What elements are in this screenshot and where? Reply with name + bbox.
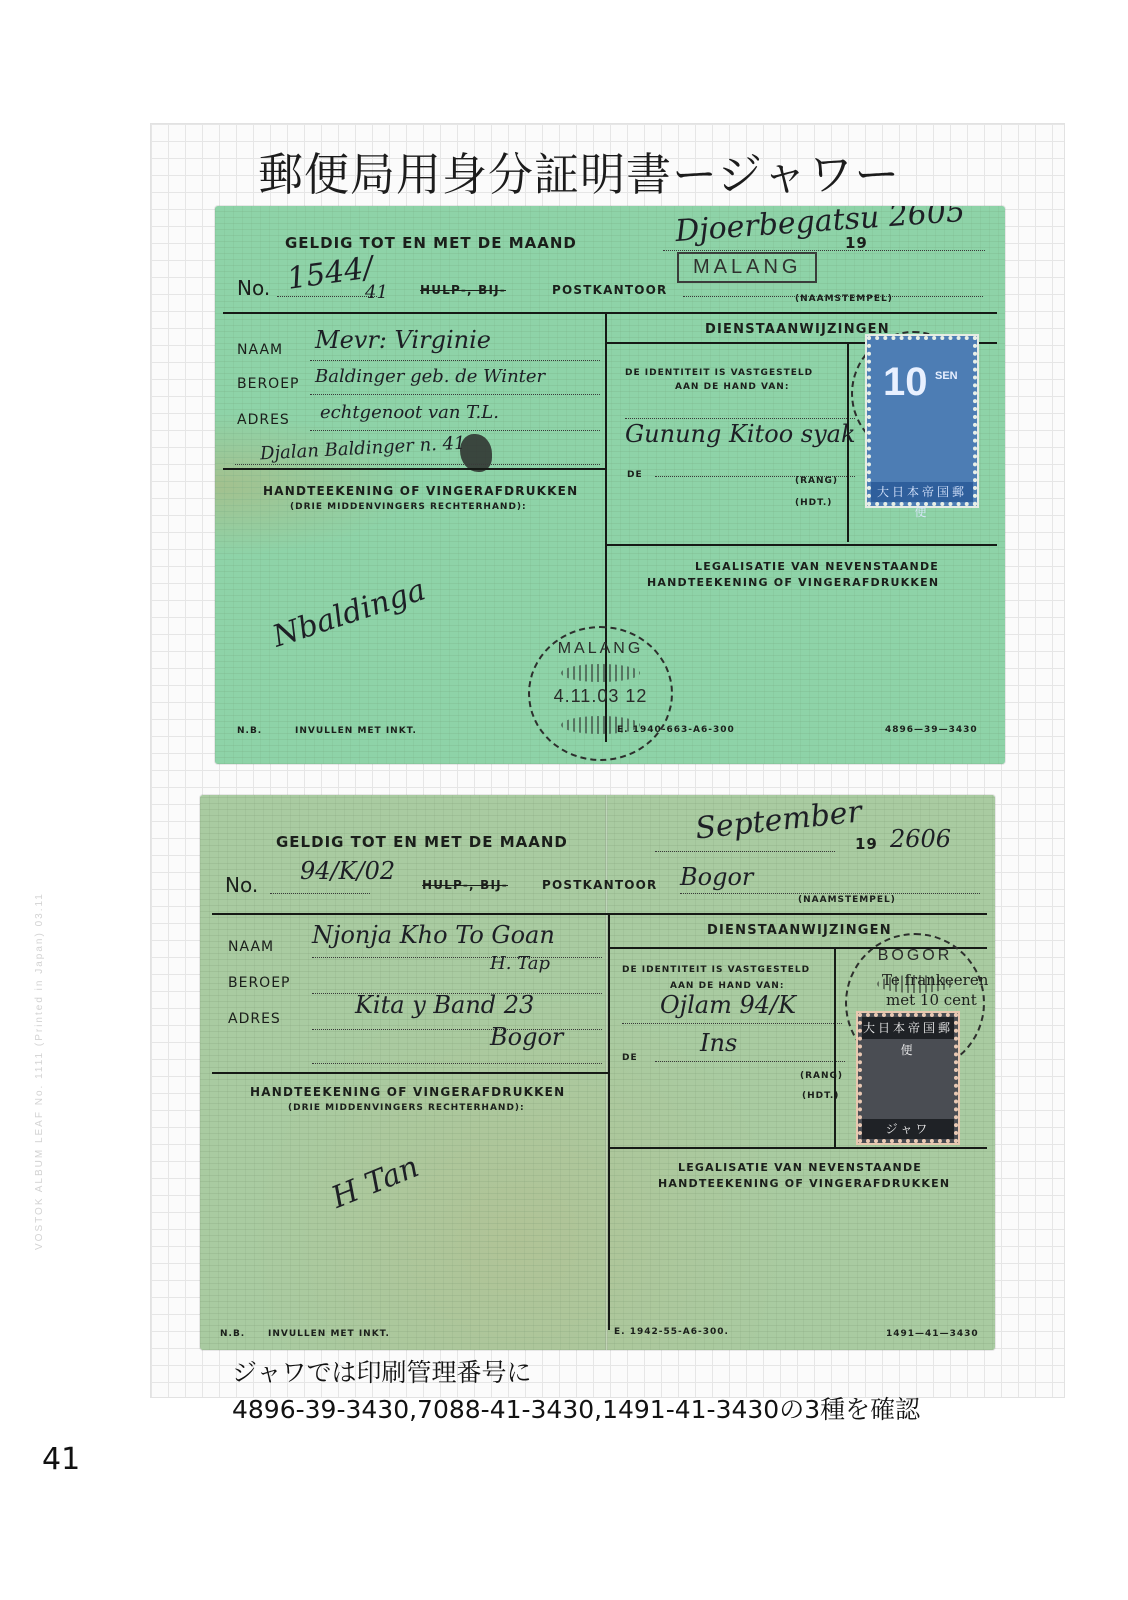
handwritten-identity: Gunung Kitoo syak (625, 420, 856, 448)
page-title: 郵便局用身分証明書ージャワー (258, 138, 978, 196)
ink-blot (460, 434, 492, 472)
handwritten-adres-2: Bogor (490, 1023, 563, 1051)
print-code: E. 1940-663-A6-300 (617, 725, 735, 735)
de-label: DE (627, 470, 643, 480)
nb-label: N.B. (220, 1329, 245, 1339)
office-box-stamp: MALANG (677, 252, 817, 283)
handwritten-month: September (694, 795, 864, 847)
identity-card-malang: GELDIG TOT EN MET DE MAAND Djoerbegatsu … (215, 206, 1005, 764)
handwritten-identity: Ojlam 94/K (660, 991, 796, 1019)
identity-line-1: DE IDENTITEIT IS VASTGESTELD (625, 368, 813, 378)
holder-signature: Nbaldinga (268, 572, 429, 654)
handwritten-adres: echtgenoot van T.L. (320, 402, 499, 423)
handwritten-naam: Mevr: Virginie (315, 326, 491, 354)
holder-signature: H Tan (327, 1149, 424, 1215)
hdt-label: (HDT.) (795, 498, 832, 508)
post-office-label: POSTKANTOOR (542, 878, 657, 892)
nb-label: N.B. (237, 726, 262, 736)
nb-instruction: INVULLEN MET INKT. (295, 726, 417, 736)
page-number: 41 (42, 1442, 80, 1477)
handwritten-adres: Kita y Band 23 (355, 991, 534, 1019)
handwritten-year: 2606 (890, 825, 951, 853)
valid-until-label: GELDIG TOT EN MET DE MAAND (285, 234, 577, 252)
signature-heading: HANDTEEKENING OF VINGERAFDRUKKEN (250, 1085, 565, 1099)
handwritten-office: Bogor (680, 863, 753, 891)
identity-line-2: AAN DE HAND VAN: (670, 981, 784, 991)
handwritten-beroep: H. Tap (490, 953, 550, 974)
caption-line-2: 4896-39-3430,7088-41-3430,1491-41-3430の3… (232, 1390, 920, 1426)
identity-line-1: DE IDENTITEIT IS VASTGESTELD (622, 965, 810, 975)
name-stamp-label: (NAAMSTEMPEL) (798, 895, 896, 905)
de-label: DE (622, 1053, 638, 1063)
handwritten-de: Ins (700, 1029, 737, 1057)
legalisation-line-2: HANDTEEKENING OF VINGERAFDRUKKEN (647, 576, 939, 589)
office-prefix-struck: HULP-, BIJ- (422, 878, 508, 892)
signature-heading: HANDTEEKENING OF VINGERAFDRUKKEN (263, 484, 578, 498)
handwritten-month: Djoerbegatsu 2605 (674, 206, 966, 249)
postage-stamp-10-cent-java: 大日本帝国郵便 ジャワ (858, 1013, 958, 1143)
beroep-label: BEROEP (237, 376, 300, 392)
naam-label: NAAM (228, 939, 274, 955)
year-prefix: 19 (855, 835, 878, 853)
office-prefix-struck: HULP-, BIJ- (420, 283, 506, 297)
legalisation-line-1: LEGALISATIE VAN NEVENSTAANDE (695, 560, 939, 573)
print-code: E. 1942-55-A6-300. (614, 1327, 729, 1337)
valid-until-label: GELDIG TOT EN MET DE MAAND (276, 833, 568, 851)
nb-instruction: INVULLEN MET INKT. (268, 1329, 390, 1339)
signature-subheading: (DRIE MIDDENVINGERS RECHTERHAND): (290, 502, 527, 512)
franking-note-line-2: met 10 cent (886, 991, 977, 1009)
album-leaf-imprint: VOSTOK ALBUM LEAF No. 1111 (Printed in J… (34, 820, 50, 1250)
adres-label: ADRES (237, 412, 290, 428)
control-number: 4896—39—3430 (885, 725, 978, 735)
identity-card-bogor: GELDIG TOT EN MET DE MAAND September 19 … (200, 795, 995, 1350)
handwritten-number: 94/K/02 (300, 857, 395, 885)
name-stamp-label: (NAAMSTEMPEL) (795, 294, 893, 304)
legalisation-line-1: LEGALISATIE VAN NEVENSTAANDE (678, 1161, 922, 1174)
postage-stamp-10-sen: 10 SEN 大日本帝国郵便 (867, 336, 977, 506)
service-instructions-heading: DIENSTAANWIJZINGEN (705, 322, 890, 337)
rank-label: (RANG) (800, 1071, 843, 1081)
service-instructions-heading: DIENSTAANWIJZINGEN (707, 923, 892, 938)
caption-line-1: ジャワでは印刷管理番号に (232, 1353, 532, 1389)
identity-line-2: AAN DE HAND VAN: (675, 382, 789, 392)
handwritten-naam: Njonja Kho To Goan (312, 921, 555, 949)
handwritten-adres-2: Djalan Baldinger n. 41 (260, 433, 466, 465)
control-number: 1491—41—3430 (886, 1329, 979, 1339)
rank-label: (RANG) (795, 476, 838, 486)
franking-note-line-1: Te frankeeren (882, 971, 988, 989)
post-office-label: POSTKANTOOR (552, 283, 667, 297)
beroep-label: BEROEP (228, 975, 291, 991)
legalisation-line-2: HANDTEEKENING OF VINGERAFDRUKKEN (658, 1177, 950, 1190)
number-label: No. (225, 873, 258, 897)
handwritten-number-suffix: 41 (365, 282, 388, 303)
signature-subheading: (DRIE MIDDENVINGERS RECHTERHAND): (288, 1103, 525, 1113)
handwritten-number: 1544/ (285, 250, 375, 297)
handwritten-beroep: Baldinger geb. de Winter (315, 366, 545, 387)
adres-label: ADRES (228, 1011, 281, 1027)
postmark-malang-lower: MALANG 4.11.03 12 (528, 626, 673, 761)
number-label: No. (237, 276, 270, 300)
naam-label: NAAM (237, 342, 283, 358)
